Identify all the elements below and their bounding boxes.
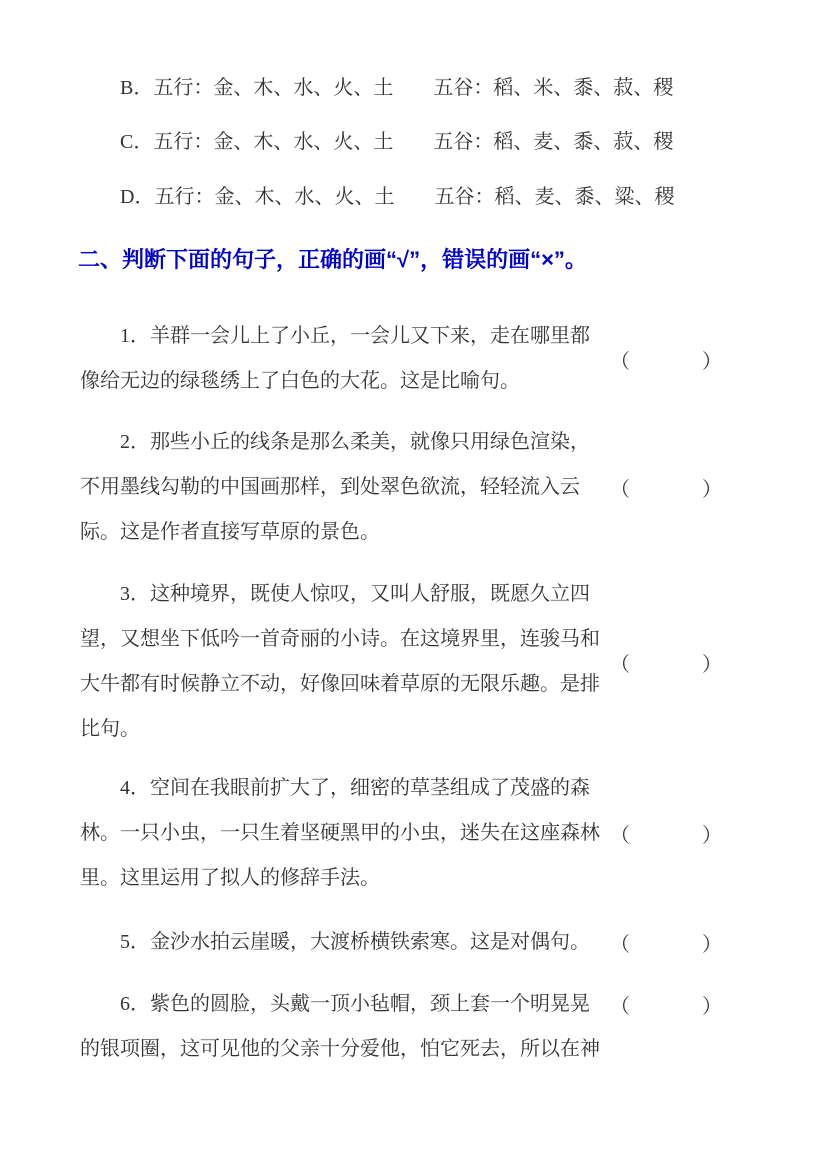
- section-heading: 二、判断下面的句子，正确的画“√”，错误的画“×”。: [78, 246, 587, 274]
- option-b-left-text: B．五行：金、木、水、火、土: [120, 77, 393, 99]
- question-6-line-2: 的银项圈，这可见他的父亲十分爱他，怕它死去，所以在神: [80, 1027, 726, 1072]
- open-paren: （: [610, 473, 630, 502]
- option-c-left-text: C．五行：金、木、水、火、土: [120, 131, 393, 153]
- question-4: 4．空间在我眼前扩大了，细密的草茎组成了茂盛的森 林。一只小虫，一只生着坚硬黑甲…: [80, 766, 726, 901]
- close-paren: ）: [702, 473, 722, 502]
- open-paren: （: [610, 928, 630, 957]
- open-paren: （: [610, 990, 630, 1019]
- option-d-left-text: D．五行：金、木、水、火、土: [120, 186, 394, 208]
- option-d: D．五行：金、木、水、火、土五谷：稻、麦、黍、粱、稷: [120, 185, 674, 209]
- option-b-right-text: 五谷：稻、米、黍、菽、稷: [433, 77, 673, 99]
- question-6: 6．紫色的圆脸，头戴一顶小毡帽，颈上套一个明晃晃 的银项圈，这可见他的父亲十分爱…: [80, 982, 726, 1072]
- option-c: C．五行：金、木、水、火、土五谷：稻、麦、黍、菽、稷: [120, 130, 673, 154]
- question-6-answer-blank: （ ）: [610, 982, 722, 1027]
- question-1: 1．羊群一会儿上了小丘，一会儿又下来，走在哪里都 像给无边的绿毯绣上了白色的大花…: [80, 314, 726, 404]
- close-paren: ）: [702, 990, 722, 1019]
- question-2: 2．那些小丘的线条是那么柔美，就像只用绿色渲染， 不用墨线勾勒的中国画那样，到处…: [80, 420, 726, 555]
- question-5-answer-blank: （ ）: [610, 920, 722, 965]
- close-paren: ）: [702, 928, 722, 957]
- question-3-answer-blank: （ ）: [610, 572, 722, 752]
- close-paren: ）: [702, 648, 722, 677]
- open-paren: （: [610, 648, 630, 677]
- question-3: 3．这种境界，既使人惊叹，又叫人舒服，既愿久立四 望，又想坐下低吟一首奇丽的小诗…: [80, 572, 726, 752]
- question-1-answer-blank: （ ）: [610, 314, 722, 404]
- open-paren: （: [610, 819, 630, 848]
- close-paren: ）: [702, 345, 722, 374]
- option-b: B．五行：金、木、水、火、土五谷：稻、米、黍、菽、稷: [120, 76, 673, 100]
- option-d-right-text: 五谷：稻、麦、黍、粱、稷: [434, 186, 674, 208]
- close-paren: ）: [702, 819, 722, 848]
- question-4-answer-blank: （ ）: [610, 766, 722, 901]
- option-c-right-text: 五谷：稻、麦、黍、菽、稷: [433, 131, 673, 153]
- worksheet-page: B．五行：金、木、水、火、土五谷：稻、米、黍、菽、稷 C．五行：金、木、水、火、…: [0, 0, 826, 1169]
- question-2-answer-blank: （ ）: [610, 420, 722, 555]
- open-paren: （: [610, 345, 630, 374]
- question-5: 5．金沙水拍云崖暖，大渡桥横铁索寒。这是对偶句。 （ ）: [80, 920, 726, 965]
